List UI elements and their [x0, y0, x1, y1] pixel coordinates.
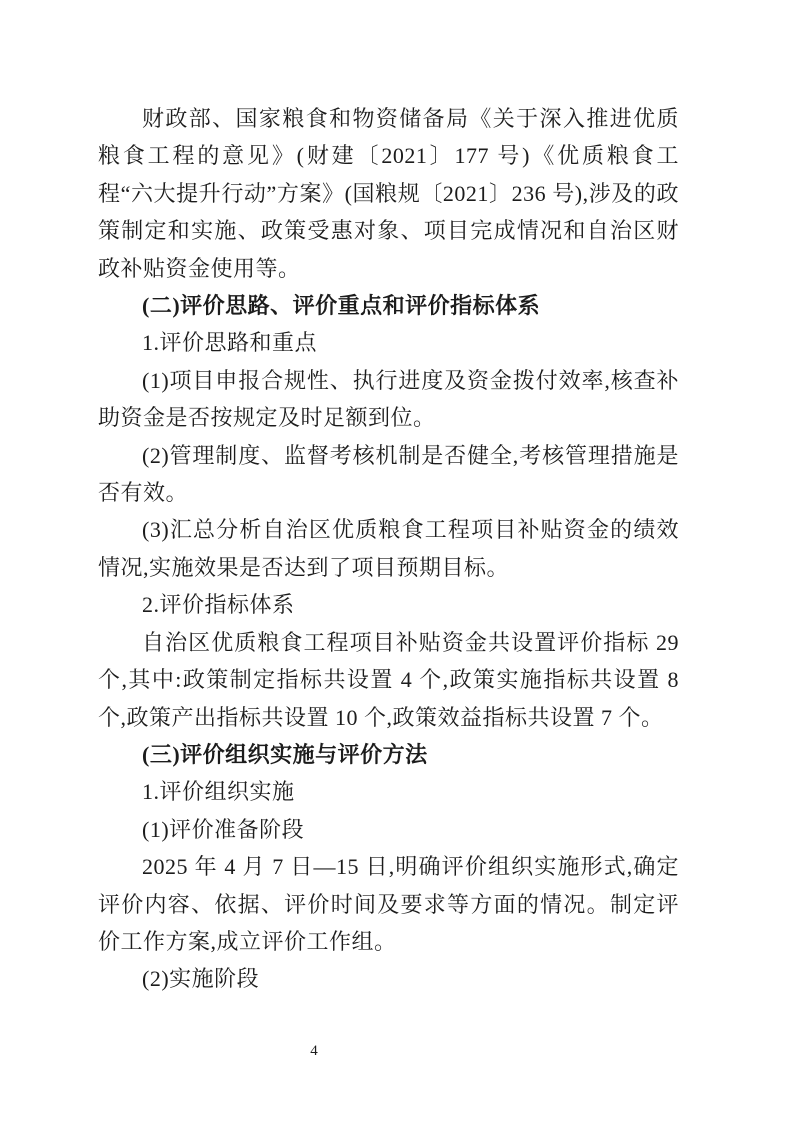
heading-section-2-evaluation-framework: (二)评价思路、评价重点和评价指标体系 [98, 287, 679, 324]
paragraph-indicator-counts: 自治区优质粮食工程项目补贴资金共设置评价指标 29 个,其中:政策制定指标共设置… [98, 624, 679, 736]
document-page: 财政部、国家粮食和物资储备局《关于深入推进优质粮食工程的意见》(财建〔2021〕… [0, 0, 793, 1122]
subheading-1-organization: 1.评价组织实施 [98, 773, 679, 810]
paragraph-item-2-management: (2)管理制度、监督考核机制是否健全,考核管理措施是否有效。 [98, 437, 679, 512]
subheading-preparation-stage: (1)评价准备阶段 [98, 811, 679, 848]
page-number: 4 [306, 1041, 322, 1061]
paragraph-preparation-schedule: 2025 年 4 月 7 日—15 日,明确评价组织实施形式,确定评价内容、依据… [98, 848, 679, 960]
heading-section-3-organization-methods: (三)评价组织实施与评价方法 [98, 736, 679, 773]
subheading-1-evaluation-focus: 1.评价思路和重点 [98, 324, 679, 361]
subheading-implementation-stage: (2)实施阶段 [98, 960, 679, 997]
subheading-2-indicator-system: 2.评价指标体系 [98, 586, 679, 623]
paragraph-policy-documents: 财政部、国家粮食和物资储备局《关于深入推进优质粮食工程的意见》(财建〔2021〕… [98, 100, 679, 287]
document-body: 财政部、国家粮食和物资储备局《关于深入推进优质粮食工程的意见》(财建〔2021〕… [98, 100, 679, 998]
paragraph-item-1-compliance: (1)项目申报合规性、执行进度及资金拨付效率,核查补助资金是否按规定及时足额到位… [98, 362, 679, 437]
paragraph-item-3-performance: (3)汇总分析自治区优质粮食工程项目补贴资金的绩效情况,实施效果是否达到了项目预… [98, 511, 679, 586]
